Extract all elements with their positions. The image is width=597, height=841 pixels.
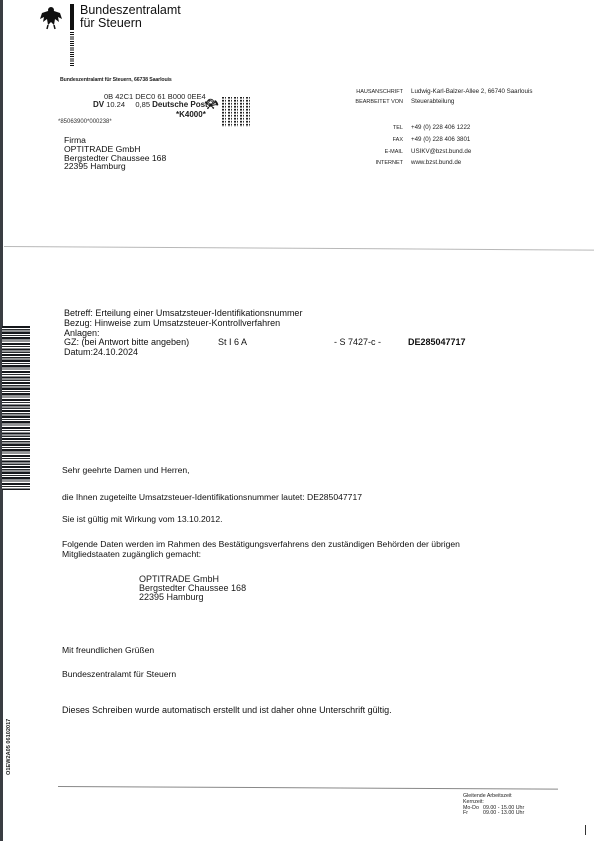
letterhead-ticks [70, 32, 74, 66]
fold-line [4, 246, 594, 251]
vat-id-sentence: die Ihnen zugeteilte Umsatzsteuer-Identi… [62, 492, 362, 502]
regarding: Bezug: Hinweise zum Umsatzsteuer-Kontrol… [64, 319, 302, 329]
authority-name: Bundeszentralamt für Steuern [80, 4, 181, 30]
data-sentence: Folgende Daten werden im Rahmen des Best… [62, 539, 460, 559]
side-barcode [2, 326, 30, 490]
working-hours: Gleitende Arbeitszeit Kernzeit: Mo-Do09.… [463, 794, 524, 817]
posthorn-icon: 📯︎ [204, 97, 219, 111]
info-value: +49 (0) 228 406 1222 [411, 124, 470, 131]
info-value: Ludwig-Karl-Balzer-Allee 2, 66740 Saarlo… [411, 88, 532, 95]
sender-id: *85063900*000238* [58, 119, 112, 125]
date-line: Datum:24.10.2024 [64, 348, 302, 358]
closing: Mit freundlichen Grüßen [62, 645, 154, 655]
info-label: HAUSANSCHRIFT [341, 89, 403, 95]
info-value: Steuerabteilung [411, 98, 454, 105]
info-value: USIKV@bzst.bund.de [411, 148, 471, 155]
info-label: FAX [341, 137, 403, 143]
file-reference: GZ: (bei Antwort bitte angeben) St I 6 A… [64, 338, 302, 348]
auto-notice: Dieses Schreiben wurde automatisch erste… [62, 705, 392, 715]
info-label: TEL [341, 125, 403, 131]
datamatrix-icon [222, 97, 252, 127]
published-address: OPTITRADE GmbH Bergstedter Chaussee 168 … [139, 575, 246, 601]
salutation: Sehr geehrte Damen und Herren, [62, 465, 190, 475]
validity-sentence: Sie ist gültig mit Wirkung vom 13.10.201… [62, 514, 223, 524]
info-value: www.bzst.bund.de [411, 159, 461, 166]
info-label: INTERNET [341, 160, 403, 166]
recipient-address: Firma OPTITRADE GmbH Bergstedter Chausse… [64, 136, 166, 171]
sender-return-line: Bundeszentralamt für Steuern, 66738 Saar… [60, 77, 172, 83]
product-code: *K4000* [176, 110, 206, 119]
footer-line [58, 786, 558, 790]
info-value: +49 (0) 228 406 3801 [411, 136, 470, 143]
letterhead-bar [70, 4, 74, 30]
scan-mark [585, 825, 586, 835]
info-label: E-MAIL [341, 149, 403, 155]
signature-org: Bundeszentralamt für Steuern [62, 669, 176, 679]
info-label: BEARBEITET VON [341, 99, 403, 105]
franking-line: DV 10.24 0,85 Deutsche Post [93, 100, 208, 109]
reference-block: Betreff: Erteilung einer Umsatzsteuer-Id… [64, 309, 302, 358]
side-code: O1EW2A05 06102017 [6, 719, 12, 775]
federal-eagle-icon [38, 4, 64, 30]
